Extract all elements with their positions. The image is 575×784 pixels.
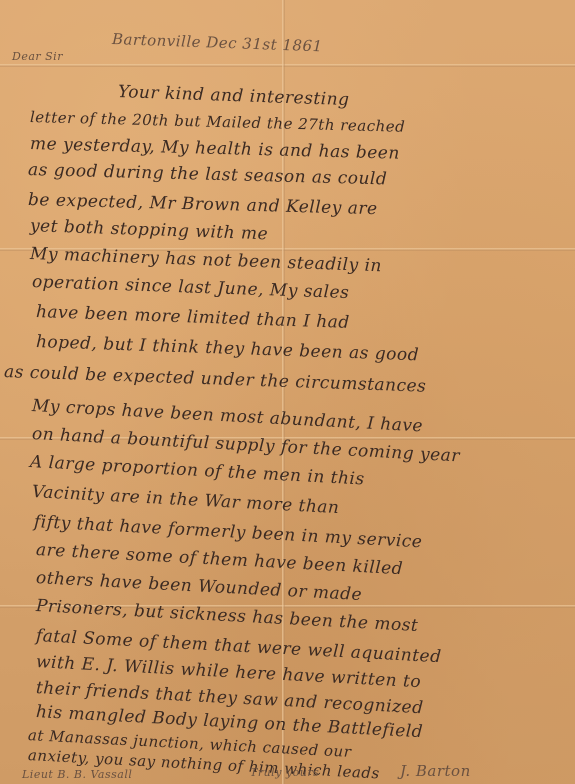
- letter-line: be expected, Mr Brown and Kelley are: [28, 190, 378, 219]
- letter-line: as could be expected under the circumsta…: [4, 362, 427, 397]
- signature: J. Barton: [400, 762, 471, 780]
- fold-line: [0, 64, 575, 67]
- salutation: Dear Sir: [12, 50, 63, 63]
- letter-line: me yesterday, My health is and has been: [30, 134, 400, 164]
- recipient: Lieut B. B. Vassall: [22, 768, 132, 781]
- letter-line: letter of the 20th but Mailed the 27th r…: [30, 108, 406, 136]
- letter-line: Vacinity are in the War more than: [31, 482, 339, 518]
- valediction: Truly yours: [250, 766, 319, 779]
- letter-line: yet both stopping with me: [30, 216, 269, 244]
- letter-line: Your kind and interesting: [118, 82, 350, 110]
- letter-line: have been more limited than I had: [36, 302, 350, 333]
- place-date: Bartonville Dec 31st 1861: [112, 30, 323, 55]
- letter-line: operation since last June, My sales: [32, 272, 350, 303]
- letter-page: Bartonville Dec 31st 1861 Dear Sir Your …: [0, 0, 575, 784]
- letter-line: hoped, but I think they have been as goo…: [36, 332, 420, 365]
- letter-line: as good during the last season as could: [28, 160, 388, 189]
